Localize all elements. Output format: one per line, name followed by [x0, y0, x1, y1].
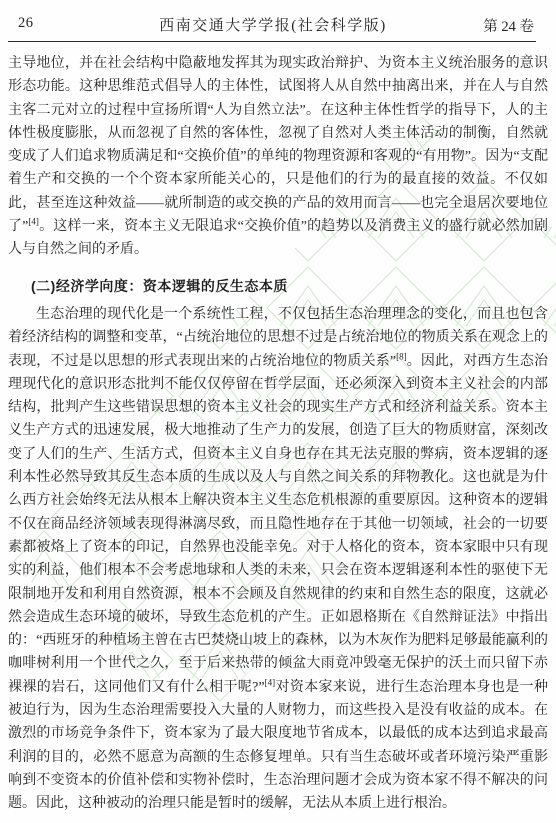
journal-page: 26 西南交通大学学报(社会科学版) 第 24 卷 主导地位，并在社会结构中隐蔽… [0, 0, 556, 823]
paragraph-economics: 生态治理的现代化是一个系统性工程，不仅包括生态治理理念的变化，而且也包含着经济结… [8, 303, 548, 816]
section-heading: (二)经济学向度：资本逻辑的反生态本质 [8, 275, 548, 298]
header-rule [8, 41, 536, 42]
journal-title: 西南交通大学学报(社会科学版) [10, 14, 536, 35]
paragraph-continued: 主导地位，并在社会结构中隐蔽地发挥其为现实政治辩护、为资本主义统治服务的意识形态… [8, 52, 548, 262]
article-body: 主导地位，并在社会结构中隐蔽地发挥其为现实政治辩护、为资本主义统治服务的意识形态… [8, 52, 548, 816]
volume-label: 第 24 卷 [483, 15, 534, 36]
page-header: 26 西南交通大学学报(社会科学版) 第 24 卷 [10, 13, 536, 37]
